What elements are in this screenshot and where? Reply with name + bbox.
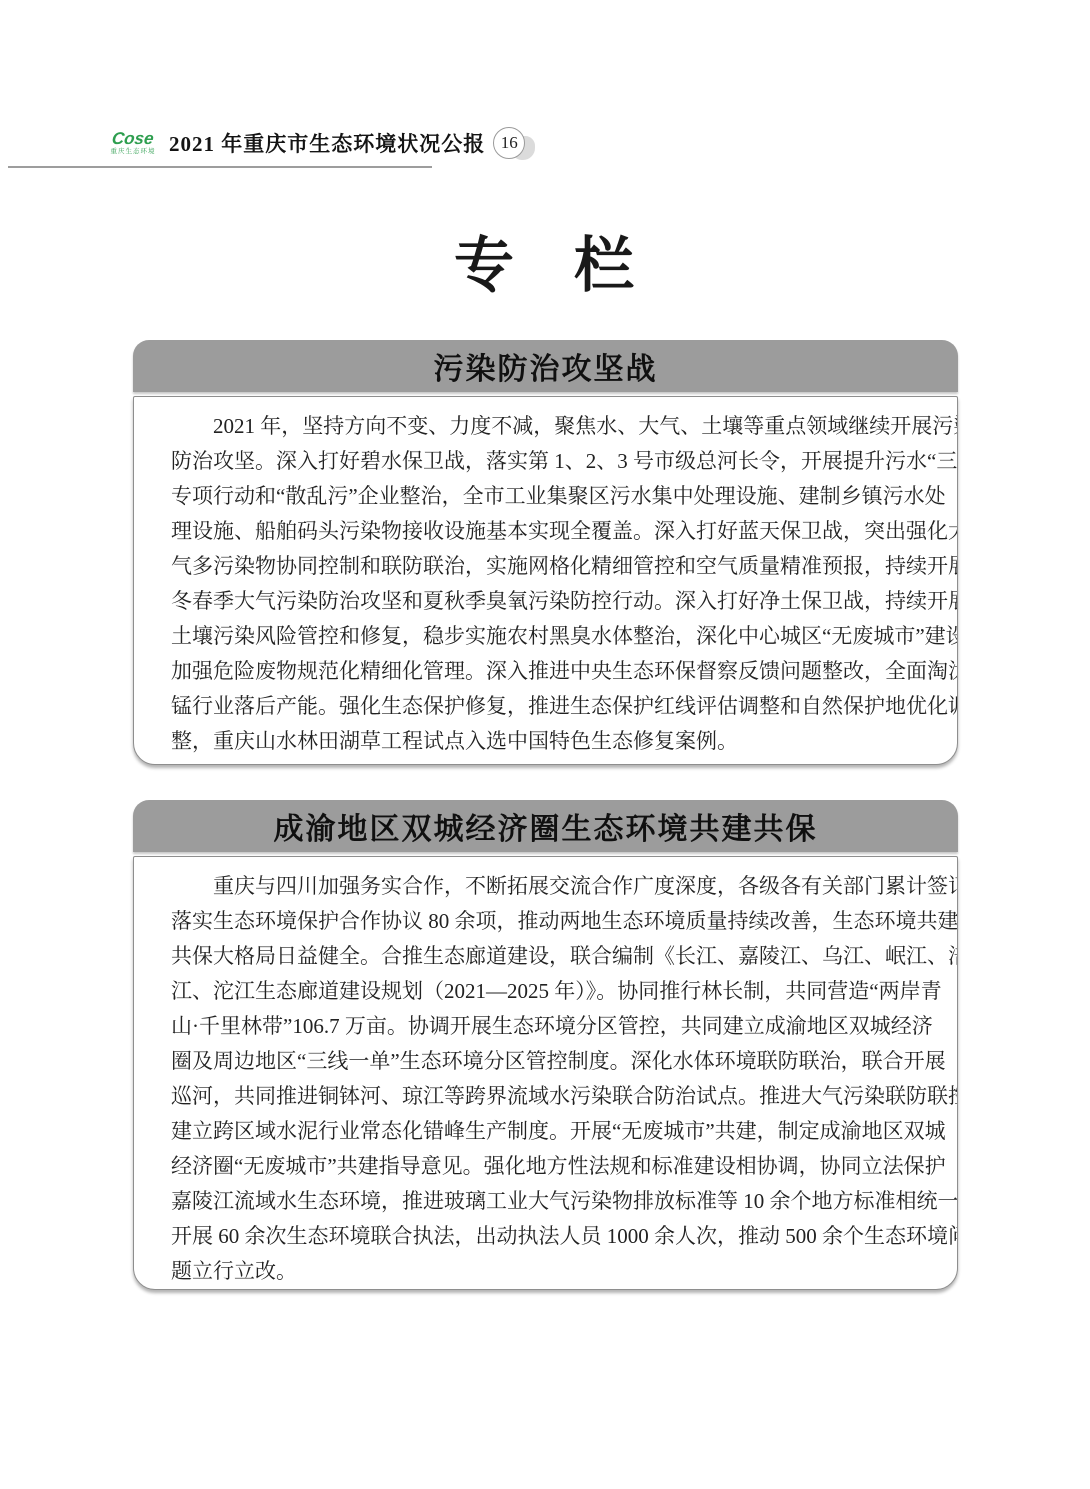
logo-wordmark: Cose: [111, 130, 155, 147]
text-line: 落实生态环境保护合作协议 80 余项，推动两地生态环境质量持续改善，生态环境共建: [171, 904, 920, 939]
text-line: 圈及周边地区“三线一单”生态环境分区管控制度。深化水体环境联防联治，联合开展: [171, 1044, 920, 1079]
text-line: 防治攻坚。深入打好碧水保卫战，落实第 1、2、3 号市级总河长令，开展提升污水“…: [171, 444, 920, 479]
text-line: 建立跨区域水泥行业常态化错峰生产制度。开展“无废城市”共建，制定成渝地区双城: [171, 1114, 920, 1149]
page-title-char-2: 栏: [574, 218, 636, 304]
text-line: 江、沱江生态廊道建设规划（2021—2025 年）》。协同推行林长制，共同营造“…: [171, 974, 920, 1009]
page-header: Cose 重庆生态环境 2021 年重庆市生态环境状况公报 16: [105, 124, 537, 162]
text-line: 经济圈“无废城市”共建指导意见。强化地方性法规和标准建设相协调，协同立法保护: [171, 1149, 920, 1184]
text-line: 开展 60 余次生态环境联合执法，出动执法人员 1000 余人次，推动 500 …: [171, 1219, 920, 1254]
text-line: 加强危险废物规范化精细化管理。深入推进中央生态环保督察反馈问题整改，全面淘汰: [171, 654, 920, 689]
text-line: 重庆与四川加强务实合作，不断拓展交流合作广度深度，各级各有关部门累计签订: [171, 869, 920, 904]
text-line: 2021 年，坚持方向不变、力度不减，聚焦水、大气、土壤等重点领域继续开展污染: [171, 409, 920, 444]
section-title: 污染防治攻坚战: [434, 344, 658, 388]
header-rule: [8, 166, 432, 168]
page-number: 16: [493, 127, 525, 159]
section-title-bar: 污染防治攻坚战: [133, 340, 958, 392]
text-line: 专项行动和“散乱污”企业整治，全市工业集聚区污水集中处理设施、建制乡镇污水处: [171, 479, 920, 514]
text-line: 土壤污染风险管控和修复，稳步实施农村黑臭水体整治，深化中心城区“无废城市”建设，: [171, 619, 920, 654]
text-line: 整，重庆山水林田湖草工程试点入选中国特色生态修复案例。: [171, 724, 920, 759]
text-line: 冬春季大气污染防治攻坚和夏秋季臭氧污染防控行动。深入打好净土保卫战，持续开展: [171, 584, 920, 619]
report-logo: Cose 重庆生态环境: [105, 124, 161, 162]
section-title: 成渝地区双城经济圈生态环境共建共保: [274, 804, 818, 848]
page-title-char-1: 专: [454, 218, 516, 304]
page-number-badge: 16: [493, 126, 537, 160]
section-body: 重庆与四川加强务实合作，不断拓展交流合作广度深度，各级各有关部门累计签订落实生态…: [133, 856, 958, 1290]
section-body: 2021 年，坚持方向不变、力度不减，聚焦水、大气、土壤等重点领域继续开展污染防…: [133, 396, 958, 765]
text-line: 山·千里林带”106.7 万亩。协调开展生态环境分区管控，共同建立成渝地区双城经…: [171, 1009, 920, 1044]
text-line: 共保大格局日益健全。合推生态廊道建设，联合编制《长江、嘉陵江、乌江、岷江、涪: [171, 939, 920, 974]
text-line: 巡河，共同推进铜钵河、琼江等跨界流域水污染联合防治试点。推进大气污染联防联控，: [171, 1079, 920, 1114]
section-title-bar: 成渝地区双城经济圈生态环境共建共保: [133, 800, 958, 852]
text-line: 锰行业落后产能。强化生态保护修复，推进生态保护红线评估调整和自然保护地优化调: [171, 689, 920, 724]
panel-chengyu-cooperation: 成渝地区双城经济圈生态环境共建共保 重庆与四川加强务实合作，不断拓展交流合作广度…: [133, 800, 958, 1290]
report-title: 2021 年重庆市生态环境状况公报: [169, 128, 485, 158]
panel-pollution-battle: 污染防治攻坚战 2021 年，坚持方向不变、力度不减，聚焦水、大气、土壤等重点领…: [133, 340, 958, 765]
text-line: 嘉陵江流域水生态环境，推进玻璃工业大气污染物排放标准等 10 余个地方标准相统一…: [171, 1184, 920, 1219]
text-line: 题立行立改。: [171, 1254, 920, 1289]
text-line: 理设施、船舶码头污染物接收设施基本实现全覆盖。深入打好蓝天保卫战，突出强化大: [171, 514, 920, 549]
logo-subtext: 重庆生态环境: [111, 149, 156, 156]
page-title: 专 栏: [0, 218, 1090, 304]
text-line: 气多污染物协同控制和联防联治，实施网格化精细管控和空气质量精准预报，持续开展: [171, 549, 920, 584]
